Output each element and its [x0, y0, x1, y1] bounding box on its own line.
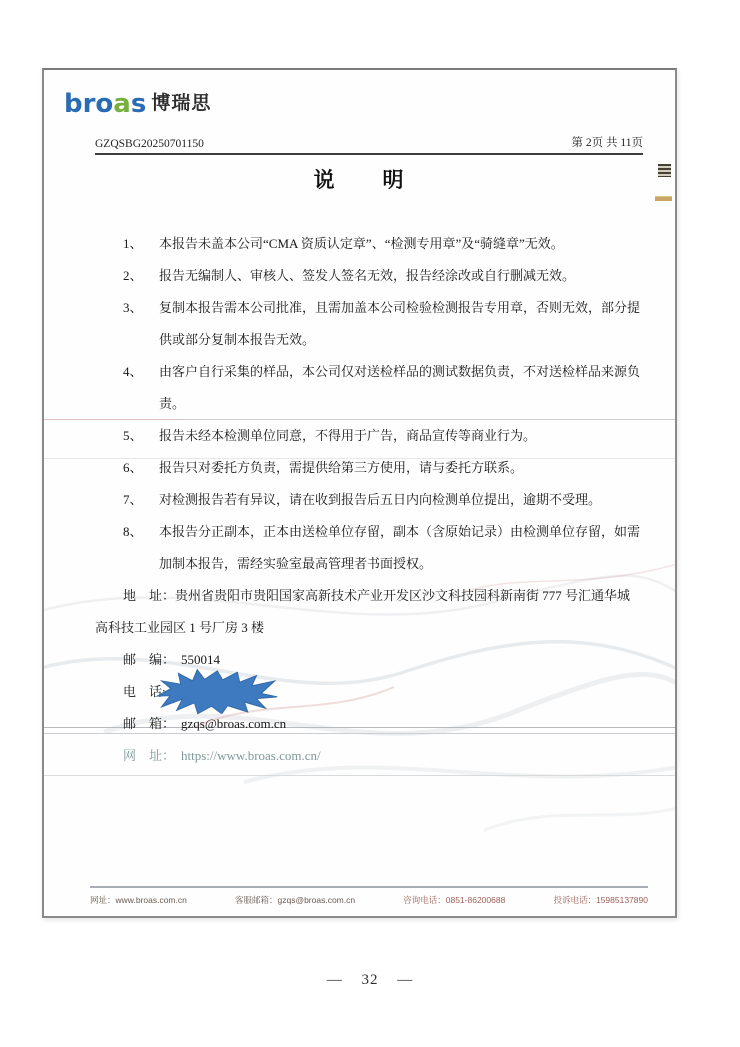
list-item: 4、 由客户自行采集的样品，本公司仅对送检样品的测试数据负责，不对送检样品来源负…	[95, 356, 647, 420]
company-logo: broas博瑞思	[64, 88, 211, 119]
item-text: 报告只对委托方负责，需提供给第三方使用，请与委托方联系。	[159, 452, 647, 484]
page-title: 说 明	[44, 164, 675, 194]
logo-green-a: a	[113, 89, 131, 119]
scan-background: broas博瑞思 GZQSBG20250701150 第 2页 共 11页 说 …	[0, 0, 740, 1047]
item-number: 2、	[123, 260, 159, 292]
email-line: 邮 箱： gzqs@broas.com.cn	[95, 708, 647, 740]
website-line: 网 址： https://www.broas.com.cn/	[95, 740, 647, 772]
item-text: 本报告未盖本公司“CMA 资质认定章”、“检测专用章”及“骑缝章”无效。	[159, 228, 647, 260]
address-value: 贵州省贵阳市贵阳国家高新技术产业开发区沙文科技园科新南街 777 号汇通华城 高…	[95, 588, 630, 635]
report-number: GZQSBG20250701150	[95, 138, 204, 150]
pdf-page-number: — 32 —	[0, 972, 740, 989]
item-text: 由客户自行采集的样品，本公司仅对送检样品的测试数据负责，不对送检样品来源负 责。	[159, 356, 647, 420]
footer-service-email: 客服邮箱：gzqs@broas.com.cn	[235, 894, 355, 906]
item-text: 复制本报告需本公司批准，且需加盖本公司检验检测报告专用章，否则无效，部分提 供或…	[159, 292, 647, 356]
phone-line: 电 话:	[95, 676, 647, 708]
list-item: 5、 报告未经本检测单位同意，不得用于广告，商品宣传等商业行为。	[95, 420, 647, 452]
footer-rule	[90, 886, 648, 888]
address-line: 地 址：贵州省贵阳市贵阳国家高新技术产业开发区沙文科技园科新南街 777 号汇通…	[95, 580, 647, 644]
item-number: 3、	[123, 292, 159, 356]
website-label: 网 址：	[123, 740, 181, 772]
item-number: 6、	[123, 452, 159, 484]
item-text: 报告无编制人、审核人、签发人签名无效，报告经涂改或自行删减无效。	[159, 260, 647, 292]
item-number: 5、	[123, 420, 159, 452]
footer-complaint-phone: 投诉电话：15985137890	[553, 894, 648, 906]
list-item: 6、 报告只对委托方负责，需提供给第三方使用，请与委托方联系。	[95, 452, 647, 484]
footer-inquiry-phone: 咨询电话：0851-86200688	[403, 894, 505, 906]
logo-chinese-text: 博瑞思	[151, 92, 211, 114]
list-item: 3、 复制本报告需本公司批准，且需加盖本公司检验检测报告专用章，否则无效，部分提…	[95, 292, 647, 356]
document-page: broas博瑞思 GZQSBG20250701150 第 2页 共 11页 说 …	[42, 68, 677, 918]
item-number: 4、	[123, 356, 159, 420]
notes-section: 1、 本报告未盖本公司“CMA 资质认定章”、“检测专用章”及“骑缝章”无效。 …	[95, 228, 647, 772]
page-indicator: 第 2页 共 11页	[572, 134, 643, 150]
logo-latin-text: broas	[64, 89, 146, 119]
list-item: 7、 对检测报告若有异议，请在收到报告后五日内向检测单位提出，逾期不受理。	[95, 484, 647, 516]
address-label: 地 址：	[123, 588, 175, 603]
item-number: 1、	[123, 228, 159, 260]
footer-contact-bar: 网址：www.broas.com.cn 客服邮箱：gzqs@broas.com.…	[90, 894, 648, 906]
list-item: 8、 本报告分正副本，正本由送检单位存留，副本（含原始记录）由检测单位存留，如需…	[95, 516, 647, 580]
scan-edge-dash-icon	[655, 196, 672, 201]
item-text: 报告未经本检测单位同意，不得用于广告，商品宣传等商业行为。	[159, 420, 647, 452]
footer-website: 网址：www.broas.com.cn	[90, 894, 187, 906]
header-row: GZQSBG20250701150 第 2页 共 11页	[95, 134, 643, 155]
item-number: 8、	[123, 516, 159, 580]
website-value: https://www.broas.com.cn/	[181, 740, 321, 772]
email-value: gzqs@broas.com.cn	[181, 708, 286, 740]
item-text: 本报告分正副本，正本由送检单位存留，副本（含原始记录）由检测单位存留，如需 加制…	[159, 516, 647, 580]
list-item: 1、 本报告未盖本公司“CMA 资质认定章”、“检测专用章”及“骑缝章”无效。	[95, 228, 647, 260]
item-number: 7、	[123, 484, 159, 516]
list-item: 2、 报告无编制人、审核人、签发人签名无效，报告经涂改或自行删减无效。	[95, 260, 647, 292]
scan-artifact-line	[44, 775, 675, 776]
item-text: 对检测报告若有异议，请在收到报告后五日内向检测单位提出，逾期不受理。	[159, 484, 647, 516]
email-label: 邮 箱：	[123, 708, 181, 740]
